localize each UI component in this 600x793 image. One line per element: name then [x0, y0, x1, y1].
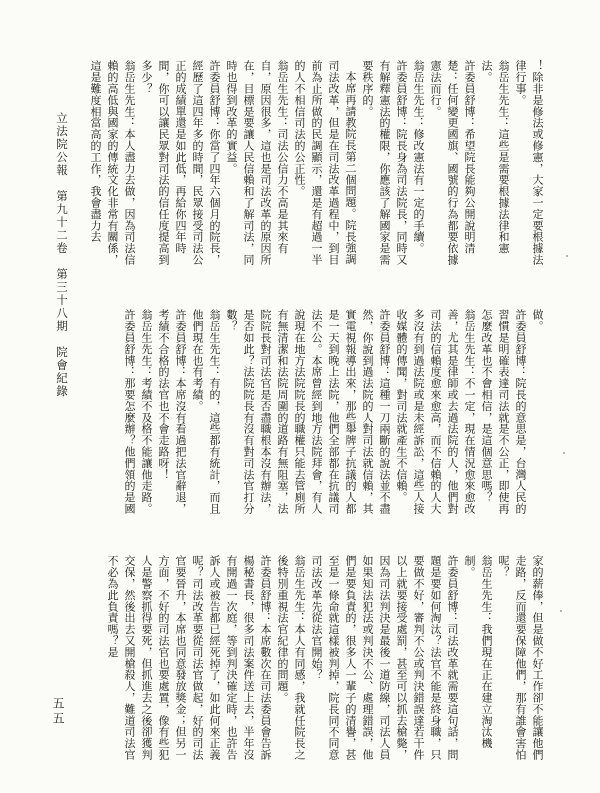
scan-speckle	[560, 610, 562, 612]
paragraph: 許委員舒博：這種一刀兩斷的說法並不盡然，你說到過法院的人對司法就信賴，其實電視報…	[222, 309, 392, 516]
paragraph: 翁岳生先生：本人有同感，我就任院長之後特別重視法官紀律的問題。	[273, 555, 307, 762]
paragraph: 許委員舒博：你當了四年六個月的院長，經歷了這四年多的時間，民眾接受司法公正的成績…	[137, 60, 222, 267]
paragraph: 許委員舒博：本席沒有看過把法官辭退，考績不合格的法官也不會走路呀！	[154, 309, 188, 516]
paragraph: 翁岳生先生：修改憲法有一定的手續。	[409, 60, 426, 267]
paragraph: 本席再請教院長第二個問題。院長強調司法改革，但是在司法改革過程中，到目前為止所做…	[290, 60, 358, 267]
paragraph: 翁岳生先生：不一定，現在情況愈來愈改善，尤其是律師或去過法院的人，他們對司法的信…	[392, 309, 477, 516]
text-band-bottom: 家的薪俸，但是做不好工作卻不能讓他們走路，反而還要保障他們，那有誰會害怕呢？翁岳…	[103, 555, 545, 762]
paragraph: 家的薪俸，但是做不好工作卻不能讓他們走路，反而還要保障他們，那有誰會害怕呢？	[494, 555, 545, 762]
gazette-page: 立法院公報 第九十二卷 第三十八期 院會紀錄 五五 ！除非是修法或修憲，大家一定…	[0, 0, 600, 793]
text-band-top: ！除非是修法或修憲，大家一定要根據法律行事。翁岳生先生：這些是需要根據法律和憲法…	[86, 60, 545, 267]
paragraph: 許委員舒博：司法改革就需要這句話，問題是要如何淘汰？法官不能是終身職，只要做不好…	[307, 555, 460, 762]
gazette-margin-label: 立法院公報 第九十二卷 第三十八期 院會紀錄	[53, 112, 68, 398]
scan-speckle	[563, 452, 565, 454]
paragraph: 翁岳生先生：本人盡力去做，因為司法信賴的高低與國家的傳統文化非常有關係，這是難度…	[86, 60, 137, 267]
paragraph: 做。	[528, 309, 545, 516]
paragraph: 翁岳生先生：我們現在正在建立淘汰機制。	[460, 555, 494, 762]
paragraph: 許委員舒博：院長的意思是，台灣人民的習慣是明確表達司法就是不公正，即使再怎麼改革…	[477, 309, 528, 516]
paragraph: ！除非是修法或修憲，大家一定要根據法律行事。	[511, 60, 545, 267]
scan-speckle	[566, 255, 568, 257]
text-band-middle: 做。許委員舒博：院長的意思是，台灣人民的習慣是明確表達司法就是不公正，即使再怎麼…	[120, 309, 545, 516]
paragraph: 許委員舒博：院長身為司法院長，同時又有解釋憲法的權限，你應該了解國家是需要秩序的…	[358, 60, 409, 267]
paragraph: 許委員舒博：那要怎麼辦？他們領的是國	[120, 309, 137, 516]
paragraph: 翁岳生先生：有的，這些都有統計，而且他們現在也有考績。	[188, 309, 222, 516]
paragraph: 許委員舒博：希望院長能夠公開說明清楚：任何變更國旗、國號的行為都要依據憲法而行。	[426, 60, 477, 267]
paragraph: 翁岳生先生：考績不及格不能讓他走路。	[137, 309, 154, 516]
paragraph: 翁岳生先生：司法公信力不高是其來有自，原因很多，這也是司法改革的原因所在，目標是…	[222, 60, 290, 267]
page-number: 五五	[50, 697, 67, 727]
paragraph: 許委員舒博：本席數次在司法委員會告訴楊秘書長，很多司法案件送上去，半年沒有開過一…	[103, 555, 273, 762]
paragraph: 翁岳生先生：這些是需要根據法律和憲法。	[477, 60, 511, 267]
